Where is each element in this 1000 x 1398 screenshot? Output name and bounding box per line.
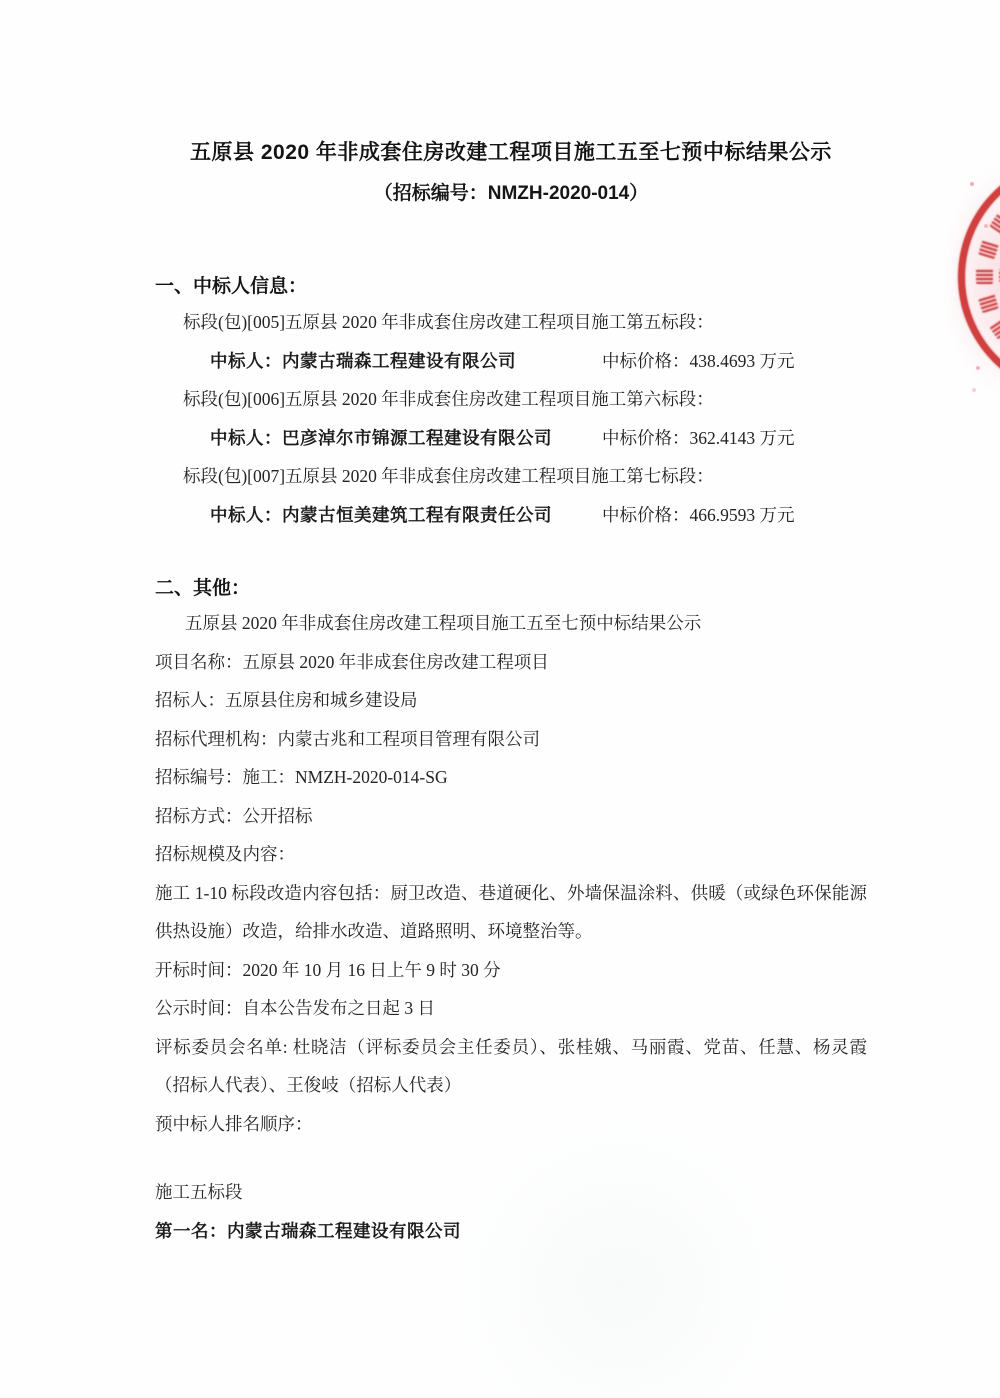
official-seal — [948, 148, 1000, 408]
scope-heading-line: 招标规模及内容： — [155, 835, 867, 874]
page-title: 五原县 2020 年非成套住房改建工程项目施工五至七预中标结果公示 — [155, 138, 867, 168]
winner-label: 中标人： — [210, 351, 282, 371]
price-label: 中标价格： — [602, 505, 690, 525]
winner-row: 中标人：巴彦淖尔市锦源工程建设有限公司 中标价格：362.4143 万元 — [210, 419, 867, 458]
winner-name-cell: 中标人：巴彦淖尔市锦源工程建设有限公司 — [210, 419, 602, 458]
winner-price-cell: 中标价格：466.9593 万元 — [602, 496, 795, 535]
winner-name: 巴彦淖尔市锦源工程建设有限公司 — [282, 428, 552, 448]
section2-intro: 五原县 2020 年非成套住房改建工程项目施工五至七预中标结果公示 — [155, 604, 867, 643]
agency-line: 招标代理机构：内蒙古兆和工程项目管理有限公司 — [155, 720, 867, 759]
section1-heading: 一、中标人信息： — [155, 272, 867, 302]
price-value: 466.9593 万元 — [690, 505, 795, 525]
document-page: 五原县 2020 年非成套住房改建工程项目施工五至七预中标结果公示 （招标编号：… — [0, 0, 1000, 1398]
seal-text-mark — [989, 214, 1000, 236]
winner-row: 中标人：内蒙古恒美建筑工程有限责任公司 中标价格：466.9593 万元 — [210, 496, 867, 535]
winner-name-cell: 中标人：内蒙古瑞森工程建设有限公司 — [210, 342, 602, 381]
seal-ring — [958, 157, 1000, 397]
seal-text-mark — [978, 240, 999, 259]
price-label: 中标价格： — [602, 351, 690, 371]
tender-number-line: 招标编号：施工：NMZH-2020-014-SG — [155, 758, 867, 797]
winner-row: 中标人：内蒙古瑞森工程建设有限公司 中标价格：438.4693 万元 — [210, 342, 867, 381]
ranking-section-label: 施工五标段 — [155, 1173, 867, 1212]
tender-method-line: 招标方式：公开招标 — [155, 797, 867, 836]
lot-title: 标段(包)[005]五原县 2020 年非成套住房改建工程项目施工第五标段： — [183, 303, 867, 342]
tenderer-line: 招标人：五原县住房和城乡建设局 — [155, 681, 867, 720]
bid-opening-time-line: 开标时间：2020 年 10 月 16 日上午 9 时 30 分 — [155, 951, 867, 990]
winner-label: 中标人： — [210, 428, 282, 448]
seal-ink-speckles — [970, 182, 974, 186]
ranking-order-line: 预中标人排名顺序： — [155, 1105, 867, 1144]
seal-ink-halo — [942, 164, 1000, 394]
section2-heading: 二、其他： — [155, 574, 867, 604]
scope-content-line: 施工 1-10 标段改造内容包括：厨卫改造、巷道硬化、外墙保温涂料、供暖（或绿色… — [155, 874, 867, 951]
winner-price-cell: 中标价格：362.4143 万元 — [602, 419, 795, 458]
lot-list: 标段(包)[005]五原县 2020 年非成套住房改建工程项目施工第五标段： 中… — [155, 303, 867, 534]
seal-text-mark — [976, 269, 993, 284]
price-label: 中标价格： — [602, 428, 690, 448]
winner-label: 中标人： — [210, 505, 282, 525]
price-value: 438.4693 万元 — [690, 351, 795, 371]
lot-title: 标段(包)[007]五原县 2020 年非成套住房改建工程项目施工第七标段： — [183, 457, 867, 496]
tender-number-subtitle: （招标编号：NMZH-2020-014） — [155, 180, 867, 208]
winner-price-cell: 中标价格：438.4693 万元 — [602, 342, 795, 381]
evaluation-committee-line: 评标委员会名单: 杜晓洁（评标委员会主任委员）、张桂娥、马丽霞、党苗、任慧、杨灵… — [155, 1028, 867, 1105]
project-name-line: 项目名称：五原县 2020 年非成套住房改建工程项目 — [155, 643, 867, 682]
publicity-period-line: 公示时间：自本公告发布之日起 3 日 — [155, 989, 867, 1028]
ranking-first-place: 第一名：内蒙古瑞森工程建设有限公司 — [155, 1212, 867, 1251]
winner-name: 内蒙古恒美建筑工程有限责任公司 — [282, 505, 552, 525]
price-value: 362.4143 万元 — [690, 428, 795, 448]
winner-name-cell: 中标人：内蒙古恒美建筑工程有限责任公司 — [210, 496, 602, 535]
seal-text-mark — [978, 294, 999, 313]
seal-text-mark — [989, 318, 1000, 340]
winner-name: 内蒙古瑞森工程建设有限公司 — [282, 351, 516, 371]
document-body: 五原县 2020 年非成套住房改建工程项目施工五至七预中标结果公示 （招标编号：… — [155, 138, 867, 1250]
lot-title: 标段(包)[006]五原县 2020 年非成套住房改建工程项目施工第六标段： — [183, 380, 867, 419]
